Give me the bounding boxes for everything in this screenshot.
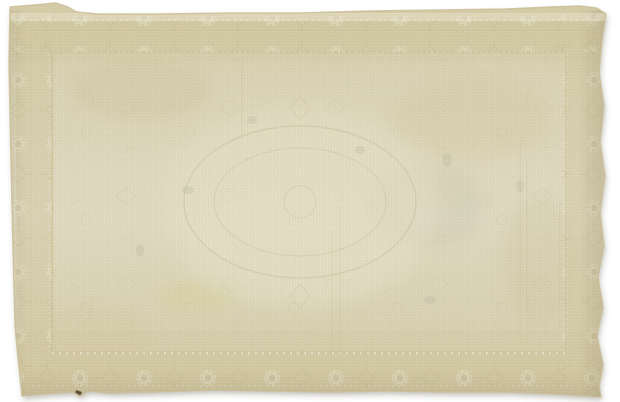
rug-photo-image (0, 0, 620, 402)
rug-body (0, 0, 620, 402)
grain-overlay (0, 0, 620, 402)
rug-photo (0, 0, 620, 402)
